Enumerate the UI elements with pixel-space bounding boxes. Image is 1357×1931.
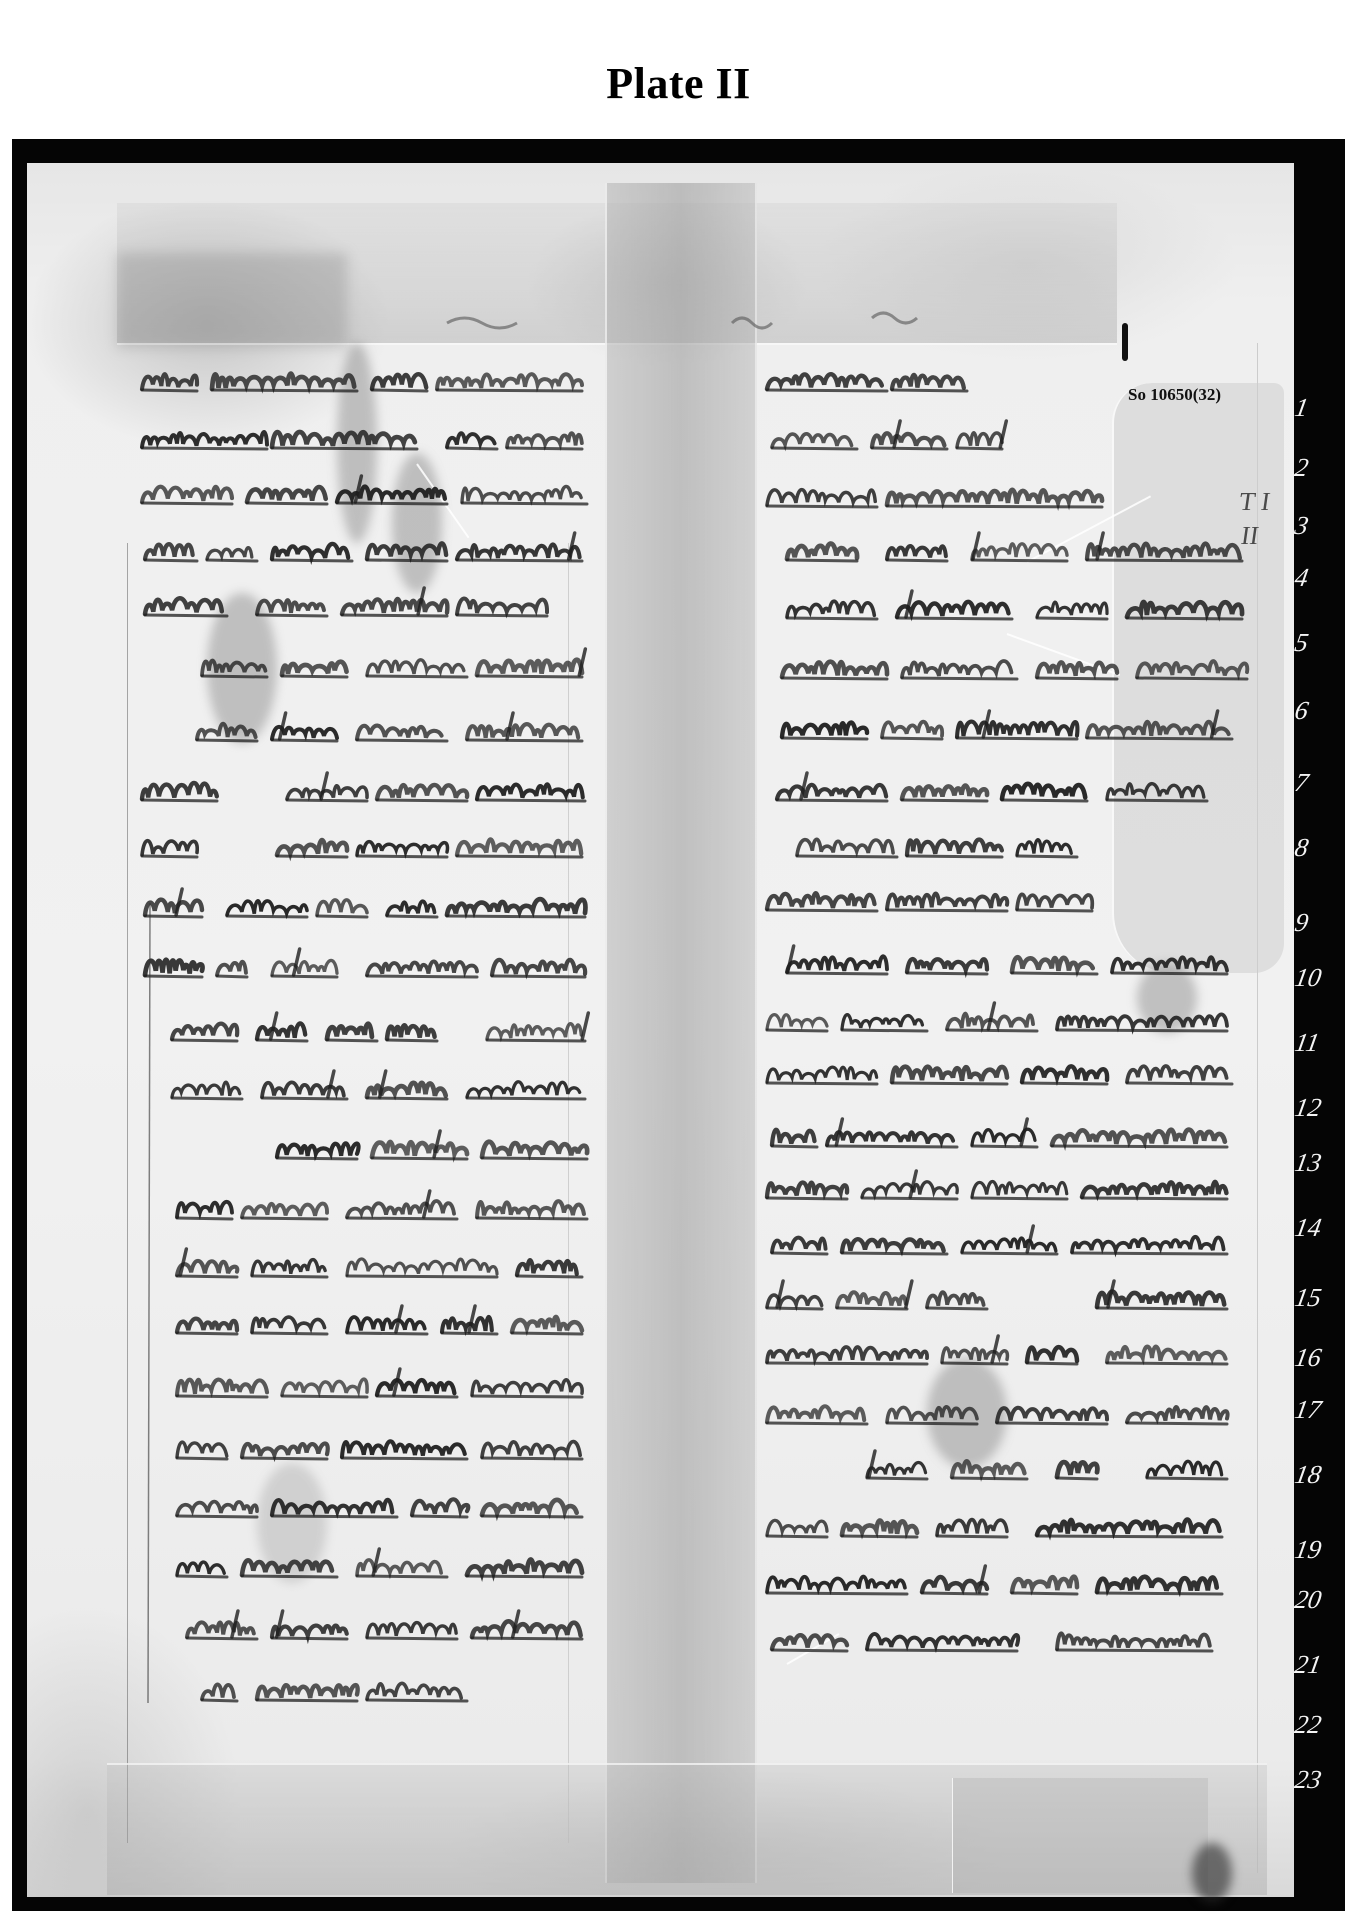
smudge bbox=[207, 593, 277, 743]
photo-frame: So 10650(32) T I II 12345678910111213141… bbox=[12, 139, 1345, 1911]
top-left-stain bbox=[117, 253, 347, 348]
line-number: 7 bbox=[1293, 769, 1342, 797]
line-number: 8 bbox=[1293, 834, 1342, 862]
line-number: 11 bbox=[1293, 1029, 1342, 1057]
smudge bbox=[257, 1463, 327, 1583]
line-number: 9 bbox=[1293, 909, 1342, 937]
line-number: 4 bbox=[1293, 564, 1342, 592]
line-number: 20 bbox=[1293, 1586, 1342, 1614]
ink-mark bbox=[1122, 323, 1128, 361]
shelfmark-label: So 10650(32) bbox=[1128, 385, 1221, 405]
line-number: 16 bbox=[1293, 1344, 1342, 1372]
smudge bbox=[392, 453, 442, 593]
left-column-patch bbox=[127, 543, 569, 1843]
bottom-right-patch bbox=[952, 1778, 1208, 1893]
line-number: 23 bbox=[1293, 1766, 1342, 1794]
line-number: 18 bbox=[1293, 1461, 1342, 1489]
pencil-mark-line-2: II bbox=[1232, 519, 1267, 553]
plate-title: Plate II bbox=[0, 58, 1357, 109]
line-number: 17 bbox=[1293, 1396, 1342, 1424]
line-number: 13 bbox=[1293, 1149, 1342, 1177]
line-number: 3 bbox=[1293, 512, 1342, 540]
line-number: 10 bbox=[1293, 964, 1342, 992]
line-number: 5 bbox=[1293, 629, 1342, 657]
smudge bbox=[337, 343, 377, 543]
line-number: 2 bbox=[1293, 454, 1342, 482]
line-number: 21 bbox=[1293, 1651, 1342, 1679]
line-number: 6 bbox=[1293, 697, 1342, 725]
center-repair-strip bbox=[605, 183, 757, 1883]
smudge bbox=[1192, 1843, 1232, 1903]
line-number: 19 bbox=[1293, 1536, 1342, 1564]
line-number: 14 bbox=[1293, 1214, 1342, 1242]
torn-fragment bbox=[1112, 383, 1284, 973]
smudge bbox=[1137, 963, 1197, 1033]
line-number: 15 bbox=[1293, 1284, 1342, 1312]
smudge bbox=[927, 1358, 1007, 1468]
line-number: 1 bbox=[1293, 394, 1342, 422]
line-number: 12 bbox=[1293, 1094, 1342, 1122]
manuscript-paper: So 10650(32) T I II bbox=[27, 163, 1294, 1897]
line-number: 22 bbox=[1293, 1711, 1342, 1739]
pencil-mark-line-1: T I bbox=[1237, 485, 1272, 519]
